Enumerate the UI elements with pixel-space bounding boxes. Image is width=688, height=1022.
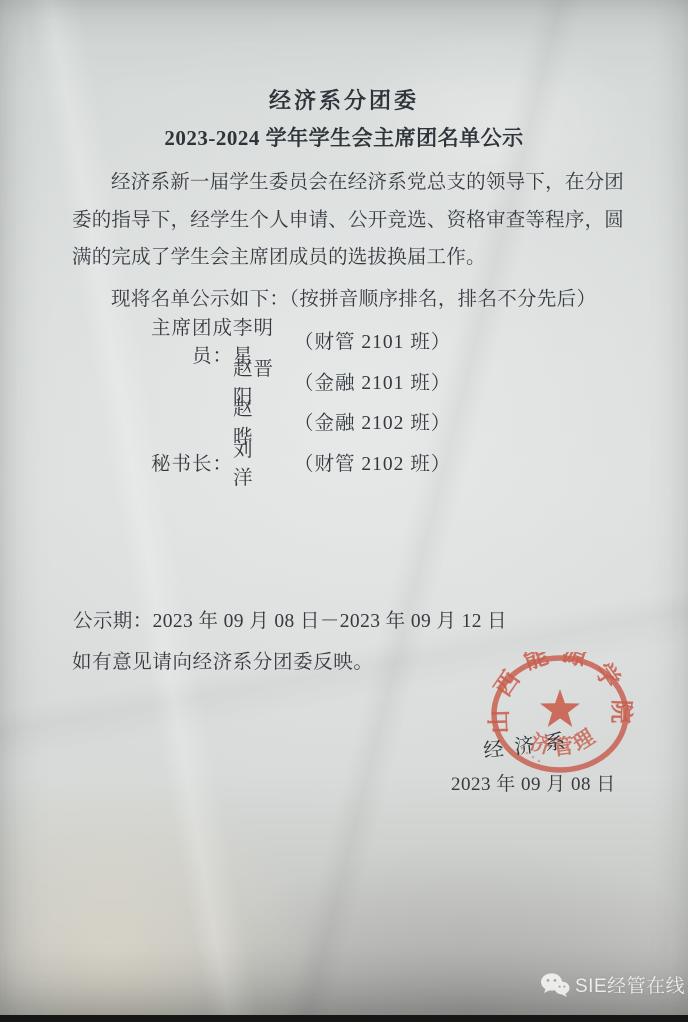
issue-date: 2023 年 09 月 08 日 [451, 769, 616, 796]
watermark-label: SIE经管在线 [575, 971, 685, 998]
roster-class: （金融 2101 班） [294, 367, 451, 395]
official-seal: 山西能源学院 经济管理系 [486, 652, 636, 784]
roster-role: 主席团成员： [117, 312, 233, 368]
roster-name: 刘 洋 [233, 434, 293, 490]
roster-class: （金融 2102 班） [294, 407, 451, 435]
watermark: SIE经管在线 [540, 971, 685, 998]
roster-class: （财管 2102 班） [294, 448, 451, 476]
roster-list: 主席团成员： 李明星 （财管 2101 班） 赵晋阳 （金融 2101 班） 赵… [117, 320, 451, 482]
wechat-icon [540, 972, 570, 998]
roster-row: 秘书长： 刘 洋 （财管 2102 班） [117, 442, 451, 483]
seal-star-icon [540, 689, 580, 727]
intro-paragraph: 经济系新一届学生委员会在经济系党总支的领导下，在分团委的指导下，经学生个人申请、… [72, 164, 624, 277]
document-photo: 经济系分团委 2023-2024 学年学生会主席团名单公示 经济系新一届学生委员… [0, 0, 688, 1022]
roster-class: （财管 2101 班） [294, 326, 451, 354]
photo-bottom-edge [0, 1015, 688, 1022]
feedback-line: 如有意见请向经济系分团委反映。 [72, 644, 374, 682]
notice-period-line: 公示期：2023 年 09 月 08 日－2023 年 09 月 12 日 [73, 603, 507, 641]
roster-role: 秘书长： [117, 448, 233, 476]
doc-subtitle: 2023-2024 学年学生会主席团名单公示 [0, 122, 688, 152]
doc-title: 经济系分团委 [0, 84, 688, 115]
